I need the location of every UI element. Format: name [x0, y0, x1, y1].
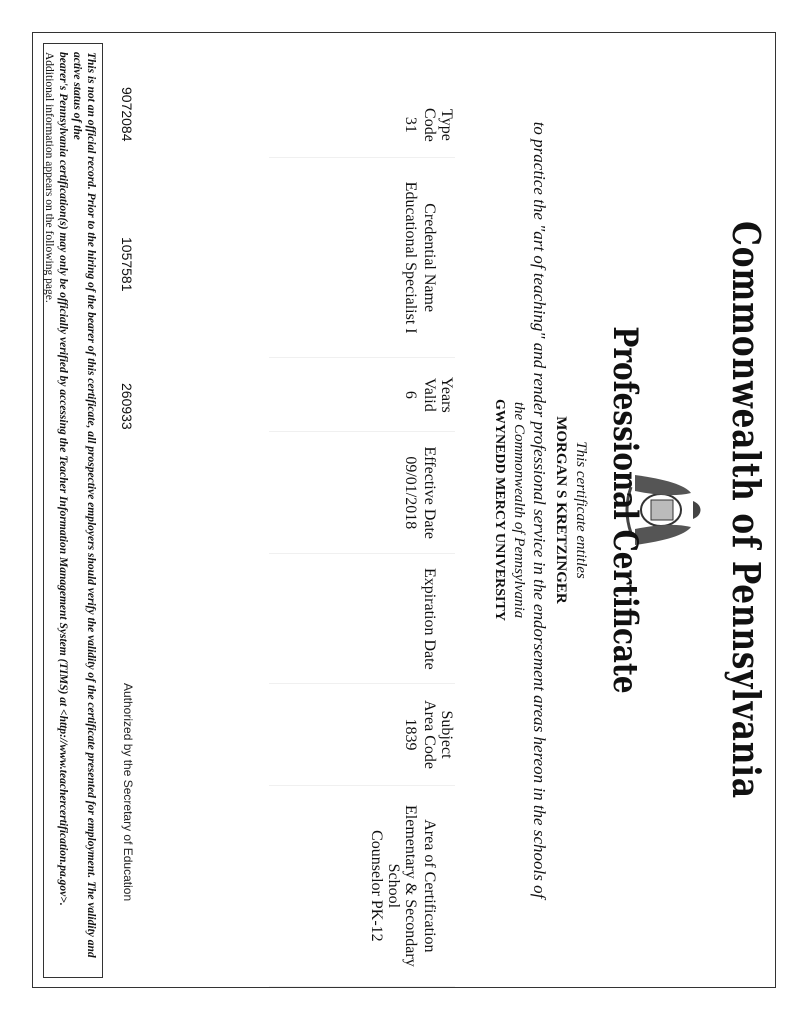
id-number-2: 1057581 — [119, 237, 135, 292]
id-number-3: 260933 — [119, 383, 135, 430]
certificate-title: Professional Certificate — [605, 119, 645, 901]
disclaimer-line-1: This is not an official record. Prior to… — [70, 52, 98, 969]
header-years-valid: YearsValid — [421, 358, 455, 432]
cell-effective-date: 09/01/2018 — [269, 432, 421, 554]
id-number-1: 9072084 — [119, 87, 135, 142]
table-row: 31 Educational Specialist I 6 09/01/2018… — [269, 93, 421, 987]
disclaimer-line-3: Additional information appears on the fo… — [42, 52, 56, 969]
disclaimer-box: This is not an official record. Prior to… — [43, 43, 103, 978]
cell-credential-name: Educational Specialist I — [269, 157, 421, 358]
cell-expiration-date — [269, 554, 421, 684]
commonwealth-text: the Commonwealth of Pennsylvania — [510, 33, 527, 987]
entitles-text: This certificate entitles — [572, 33, 589, 987]
header-area-of-certification: Area of Certification — [421, 785, 455, 986]
header-expiration-date: Expiration Date — [421, 554, 455, 684]
cell-years-valid: 6 — [269, 358, 421, 432]
practice-text: to practice the "art of teaching" and re… — [529, 33, 549, 987]
header-type-code: TypeCode — [421, 93, 455, 157]
commonwealth-title: Commonwealth of Pennsylvania — [724, 119, 769, 901]
header-effective-date: Effective Date — [421, 432, 455, 554]
institution-name: GWYNEDD MERCY UNIVERSITY — [491, 33, 507, 987]
header-subject-area-code: SubjectArea Code — [421, 684, 455, 785]
disclaimer-line-2: bearer's Pennsylvania certification(s) m… — [56, 52, 70, 969]
certificate-page: Commonwealth of Pennsylvania Professiona… — [32, 32, 776, 988]
authorized-text: Authorized by the Secretary of Education — [121, 683, 135, 901]
cell-subject-area-code: 1839 — [269, 684, 421, 785]
table-header-row: TypeCode Credential Name YearsValid Effe… — [421, 93, 455, 987]
header-credential-name: Credential Name — [421, 157, 455, 358]
cell-type-code: 31 — [269, 93, 421, 157]
holder-name: MORGAN S KRETZINGER — [552, 33, 569, 987]
credential-table: TypeCode Credential Name YearsValid Effe… — [269, 93, 455, 987]
cell-area-of-certification: Elementary & Secondary School Counselor … — [269, 785, 421, 986]
